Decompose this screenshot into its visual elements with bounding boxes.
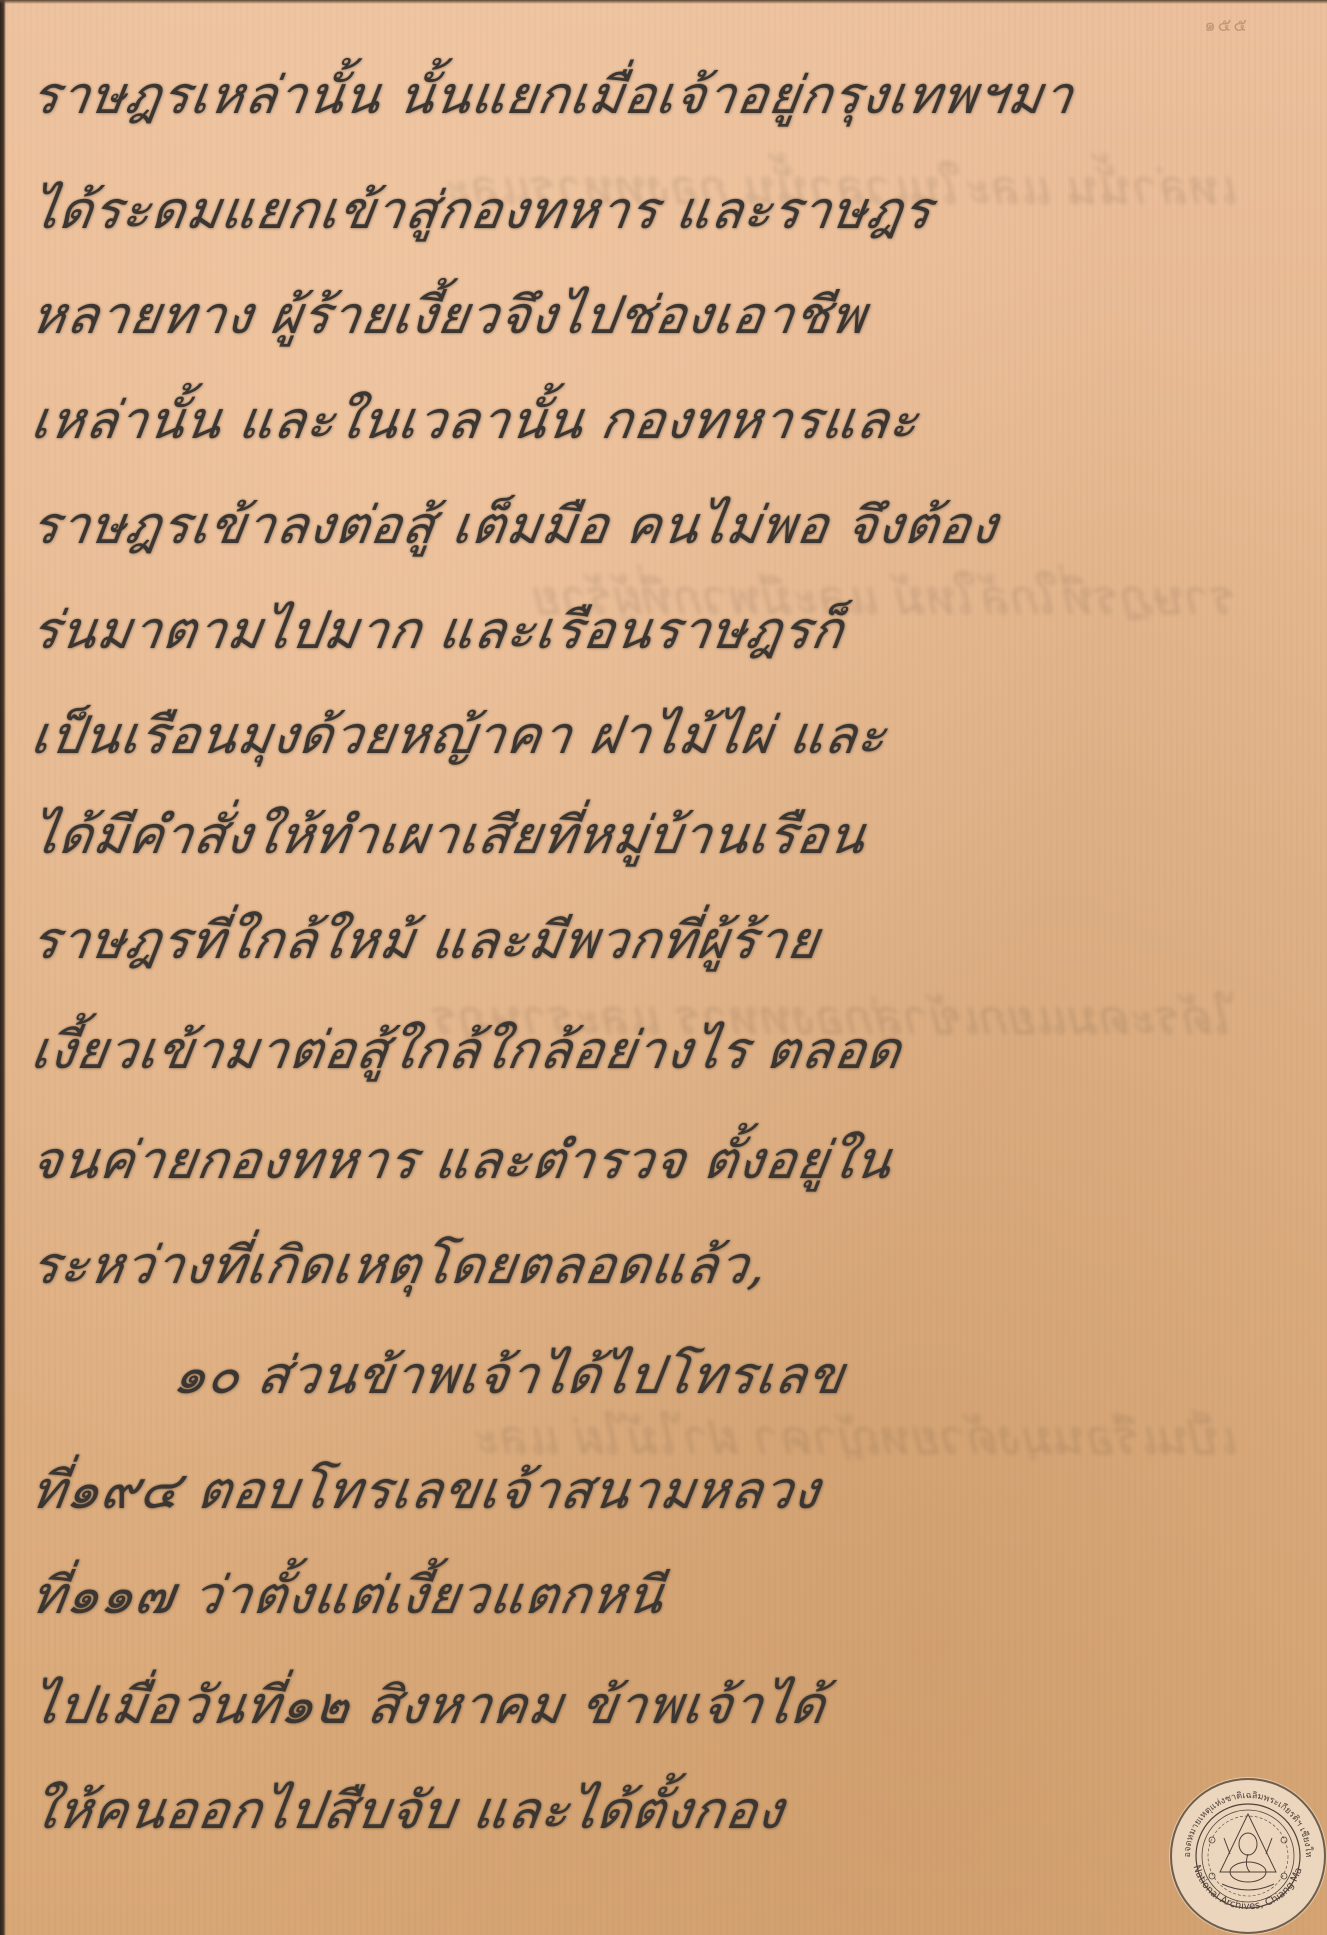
text-line-1: ราษฎรเหล่านั้น นั้นแยกเมื่อเจ้าอยู่กรุงเ…	[28, 70, 1077, 122]
ganesha-emblem-icon: หอจดหมายเหตุแห่งชาติเฉลิมพระเกียรติฯ เชี…	[1172, 1780, 1324, 1932]
text-line-2: ได้ระดมแยกเข้าสู่กองทหาร และราษฎร	[28, 185, 936, 237]
text-line-9: ราษฎรที่ใกล้ใหม้ และมีพวกที่ผู้ร้าย	[28, 915, 823, 967]
text-line-13-paragraph-start: ๑๐ ส่วนข้าพเจ้าได้ไปโทรเลข	[170, 1350, 848, 1402]
text-line-10: เงี้ยวเข้ามาต่อสู้ใกล้ใกล้อย่างไร ตลอด	[28, 1025, 905, 1077]
text-line-14: ที่๑๙๔ ตอบโทรเลขเจ้าสนามหลวง	[28, 1465, 824, 1517]
text-line-6: ร่นมาตามไปมาก และเรือนราษฎรก็	[28, 605, 848, 657]
text-line-15: ที่๑๑๗ ว่าตั้งแต่เงี้ยวแตกหนี	[28, 1570, 668, 1622]
manuscript-page: ๑๕๕ เหล่านั้น และในเวลานั้น กองทหารและ ร…	[0, 0, 1327, 1935]
text-line-17: ให้คนออกไปสืบจับ และได้ตั้งกอง	[28, 1785, 788, 1837]
text-line-5: ราษฎรเข้าลงต่อสู้ เต็มมือ คนไม่พอ จึงต้อ…	[28, 500, 1002, 552]
text-line-4: เหล่านั้น และในเวลานั้น กองทหารและ	[28, 395, 922, 447]
text-line-16: ไปเมื่อวันที่๑๒ สิงหาคม ข้าพเจ้าได้	[28, 1680, 829, 1732]
text-line-12: ระหว่างที่เกิดเหตุโดยตลอดแล้ว,	[28, 1240, 770, 1292]
handwritten-text: ราษฎรเหล่านั้น นั้นแยกเมื่อเจ้าอยู่กรุงเ…	[0, 0, 1327, 1935]
text-line-11: จนค่ายกองทหาร และตำรวจ ตั้งอยู่ใน	[28, 1135, 895, 1187]
archive-stamp: หอจดหมายเหตุแห่งชาติเฉลิมพระเกียรติฯ เชี…	[1170, 1778, 1326, 1934]
text-line-8: ได้มีคำสั่งให้ทำเผาเสียที่หมู่บ้านเรือน	[28, 810, 869, 862]
text-line-3: หลายทาง ผู้ร้ายเงี้ยวจึงไปช่องเอาชีพ	[28, 290, 870, 342]
text-line-7: เป็นเรือนมุงด้วยหญ้าคา ฝาไม้ไผ่ และ	[28, 710, 890, 762]
